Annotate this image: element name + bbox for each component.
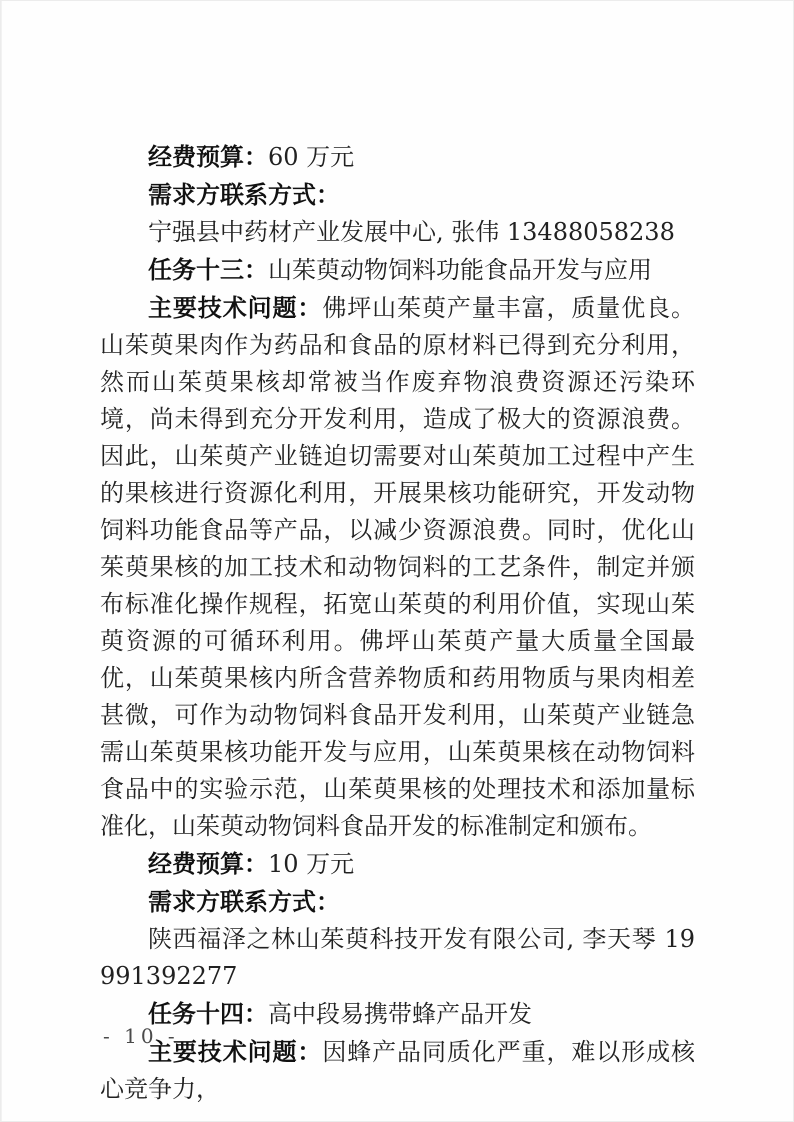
document-page: 经费预算：60 万元 需求方联系方式： 宁强县中药材产业发展中心, 张伟 134…	[0, 0, 794, 1122]
task13-contact-value-line: 陕西福泽之林山茱萸科技开发有限公司, 李天琴 19991392277	[100, 921, 695, 995]
task13-title: 山茱萸动物饲料功能食品开发与应用	[268, 256, 652, 284]
task13-problem-text: 佛坪山茱萸产量丰富，质量优良。山茱萸果肉作为药品和食品的原材料已得到充分利用，然…	[100, 294, 695, 840]
contact-value: 宁强县中药材产业发展中心, 张伟 13488058238	[148, 218, 675, 246]
prev-task-budget-line: 经费预算：60 万元	[100, 138, 695, 176]
task13-problem-label: 主要技术问题：	[148, 293, 322, 322]
prev-task-contact-label-line: 需求方联系方式：	[100, 176, 695, 214]
budget-label: 经费预算：	[148, 849, 268, 878]
contact-value: 陕西福泽之林山茱萸科技开发有限公司, 李天琴 19991392277	[100, 925, 695, 990]
budget-value: 10 万元	[268, 850, 354, 878]
contact-label: 需求方联系方式：	[148, 887, 340, 916]
task13-budget-line: 经费预算：10 万元	[100, 845, 695, 883]
document-content: 经费预算：60 万元 需求方联系方式： 宁强县中药材产业发展中心, 张伟 134…	[100, 138, 695, 1108]
page-footer: - 10 -	[103, 1022, 179, 1050]
task14-problem-paragraph: 主要技术问题：因蜂产品同质化严重，难以形成核心竞争力，	[100, 1033, 695, 1108]
task14-heading: 任务十四：高中段易携带蜂产品开发	[100, 995, 695, 1033]
contact-label: 需求方联系方式：	[148, 180, 340, 209]
task13-problem-paragraph: 主要技术问题：佛坪山茱萸产量丰富，质量优良。山茱萸果肉作为药品和食品的原材料已得…	[100, 289, 695, 845]
task13-title-label: 任务十三：	[148, 255, 268, 284]
budget-value: 60 万元	[268, 143, 354, 171]
task13-contact-label-line: 需求方联系方式：	[100, 883, 695, 921]
task14-title: 高中段易携带蜂产品开发	[268, 1000, 532, 1028]
page-number: - 10 -	[103, 1024, 179, 1048]
task13-heading: 任务十三：山茱萸动物饲料功能食品开发与应用	[100, 251, 695, 289]
prev-task-contact-value-line: 宁强县中药材产业发展中心, 张伟 13488058238	[100, 214, 695, 251]
budget-label: 经费预算：	[148, 142, 268, 171]
